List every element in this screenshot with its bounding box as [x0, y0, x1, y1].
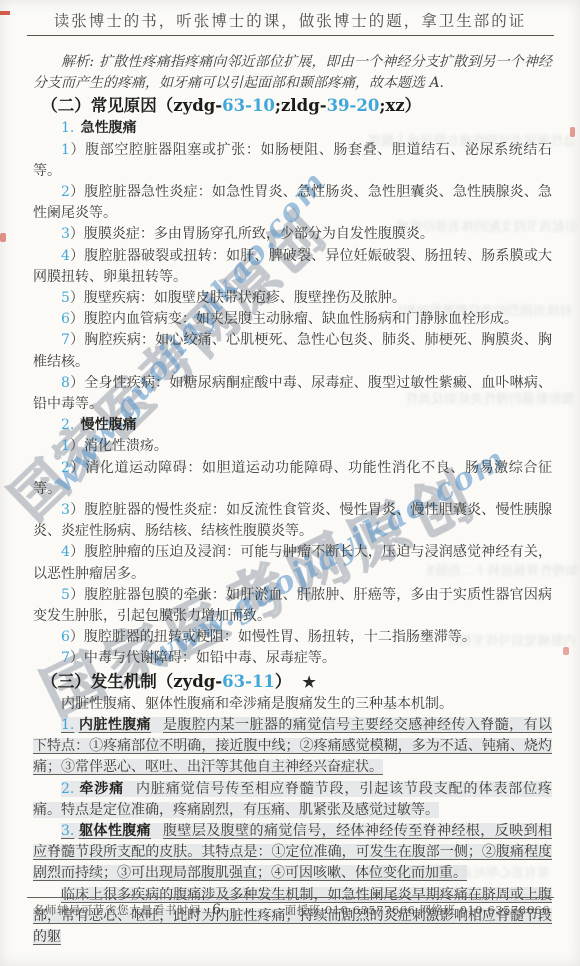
section-heading-common-causes: （二）常见原因（zydg-63-10;zldg-39-20;xz）	[33, 94, 552, 118]
mechanism-item-visceral: 1.内脏性腹痛是腹腔内某一脏器的痛觉信号主要经交感神经传入脊髓，有以下特点：①疼…	[33, 715, 552, 779]
item-number: 2.	[61, 781, 74, 797]
item-paren: ）	[70, 629, 84, 645]
item-text: 胸腔疾病：如心绞痛、心肌梗死、急性心包炎、肺炎、肺梗死、胸膜炎、胸椎结核。	[33, 332, 552, 369]
item-paren: ）	[70, 332, 84, 348]
heading-code: 39-20	[327, 96, 380, 115]
header-rule	[27, 35, 554, 36]
item-number: 3	[61, 226, 70, 242]
group-number: 1.	[61, 120, 74, 136]
list-item: 6）腹腔脏器的扭转或梗阻：如慢性胃、肠扭转，十二指肠壅滞等。	[33, 627, 552, 648]
item-text: 腹腔脏器包膜的牵张：如肝淤血、肝脓肿、肝癌等，多由于实质性器官因病变发生肿胀，引…	[33, 587, 552, 624]
list-item: 3）腹腔脏器的慢性炎症：如反流性食管炎、慢性胃炎、慢性胆囊炎、慢性胰腺炎、炎症性…	[33, 500, 552, 542]
item-lead: 牵涉痛	[79, 781, 125, 797]
item-text: 消化性溃疡。	[84, 438, 168, 454]
item-paren: ）	[70, 544, 84, 560]
list-item: 5）腹壁疾病：如腹壁皮肤带状疱疹、腹壁挫伤及脓肿。	[33, 288, 552, 309]
item-number: 5	[61, 290, 70, 306]
item-text: 腹腔脏器的扭转或梗阻：如慢性胃、肠扭转，十二指肠壅滞等。	[84, 629, 476, 645]
list-item: 6）腹腔内血管病变：如夹层腹主动脉瘤、缺血性肠病和门静脉血栓形成。	[33, 309, 552, 330]
list-item: 3）腹膜炎症：多由胃肠穿孔所致，少部分为自发性腹膜炎。	[33, 224, 552, 245]
item-number: 1.	[61, 717, 74, 733]
heading-text: ;zldg-	[275, 96, 327, 115]
list-item: 7）胸腔疾病：如心绞痛、心肌梗死、急性心包炎、肺炎、肺梗死、胸膜炎、胸椎结核。	[33, 330, 552, 372]
red-edge-mark	[563, 647, 569, 655]
item-number: 7	[61, 650, 70, 666]
heading-text: （二）常见原因（zydg-	[41, 96, 222, 115]
group-title-acute: 1.急性腹痛	[33, 118, 552, 139]
mechanism-item-referred: 2.牵涉痛内脏痛觉信号传至相应脊髓节段，引起该节段支配的体表部位疼痛。特点是定位…	[33, 779, 552, 821]
item-text: 中毒与代谢障碍：如铅中毒、尿毒症等。	[84, 650, 336, 666]
item-number: 7	[61, 332, 70, 348]
item-paren: ）	[70, 460, 85, 476]
group-title-text: 慢性腹痛	[81, 417, 137, 433]
item-number: 6	[61, 311, 70, 327]
item-text: 腹部空腔脏器阻塞或扩张：如肠梗阻、肠套叠、胆道结石、泌尿系统结石等。	[33, 142, 552, 179]
footer-rule	[27, 897, 554, 898]
item-lead: 内脏性腹痛	[79, 717, 152, 733]
item-number: 1	[61, 142, 70, 158]
page-number: 6	[212, 902, 221, 918]
list-item: 4）腹腔脏器破裂或扭转：如肝、脾破裂、异位妊娠破裂、肠扭转、肠系膜或大网膜扭转、…	[33, 246, 552, 288]
item-text: 腹腔内血管病变：如夹层腹主动脉瘤、缺血性肠病和门静脉血栓形成。	[84, 311, 518, 327]
group-title-chronic: 2.慢性腹痛	[33, 415, 552, 436]
heading-text: （三）发生机制（zydg-	[41, 672, 222, 691]
item-number: 3	[61, 502, 70, 518]
scanned-book-page: 急性阑尾炎早期疼痛在脐周或上腹部 引起该节段支配的体表部位疼痛 持续而剧烈的炎症…	[0, 0, 580, 966]
item-paren: ）	[70, 587, 84, 603]
item-number: 8	[61, 375, 70, 391]
item-number: 4	[61, 248, 70, 264]
item-paren: ）	[70, 184, 84, 200]
analysis-paragraph: 解析:扩散性疼痛指疼痛向邻近部位扩展，即由一个神经分支扩散到另一个神经分支而产生…	[33, 52, 552, 94]
item-number: 2	[61, 184, 70, 200]
list-item: 4）腹腔肿瘤的压迫及浸润：可能与肿瘤不断长大，压迫与浸润感觉神经有关，以恶性肿瘤…	[33, 542, 552, 584]
item-number: 3.	[61, 823, 74, 839]
item-text: 腹腔脏器的慢性炎症：如反流性食管炎、慢性胃炎、慢性胆囊炎、慢性胰腺炎、炎症性肠病…	[33, 502, 552, 539]
heading-code: 63-10	[222, 96, 275, 115]
analysis-label: 解析:	[61, 54, 94, 70]
heading-text: ）	[275, 672, 292, 691]
heading-text: ;xz）	[379, 96, 421, 115]
item-paren: ）	[70, 502, 84, 518]
list-item: 8）全身性疾病：如糖尿病酮症酸中毒、尿毒症、腹型过敏性紫癜、血卟啉病、铅中毒等。	[33, 373, 552, 415]
item-paren: ）	[70, 375, 84, 391]
list-item: 2）消化道运动障碍：如胆道运动功能障碍、功能性消化不良、肠易激综合征等。	[33, 458, 552, 500]
footer: 名师辅导可节省您大量看书时间 6 面授班 010-63577666 网络班 01…	[33, 902, 550, 918]
red-edge-mark	[0, 233, 6, 242]
page-body: 解析:扩散性疼痛指疼痛向邻近部位扩展，即由一个神经分支扩散到另一个神经分支而产生…	[33, 52, 552, 948]
item-text: 腹腔脏器急性炎症：如急性胃炎、急性肠炎、急性胆囊炎、急性胰腺炎、急性阑尾炎等。	[33, 184, 552, 221]
item-text: 腹膜炎症：多由胃肠穿孔所致，少部分为自发性腹膜炎。	[84, 226, 434, 242]
item-number: 6	[61, 629, 70, 645]
item-paren: ）	[70, 248, 84, 264]
list-item: 1）消化性溃疡。	[33, 436, 552, 457]
item-paren: ）	[70, 650, 84, 666]
heading-code: 63-11	[222, 672, 275, 691]
mechanism-intro: 内脏性腹痛、躯体性腹痛和牵涉痛是腹痛发生的三种基本机制。	[33, 694, 552, 715]
item-number: 5	[61, 587, 70, 603]
list-item: 5）腹腔脏器包膜的牵张：如肝淤血、肝脓肿、肝癌等，多由于实质性器官因病变发生肿胀…	[33, 585, 552, 627]
item-text: 消化道运动障碍：如胆道运动功能障碍、功能性消化不良、肠易激综合征等。	[33, 460, 552, 497]
item-paren: ）	[70, 438, 84, 454]
analysis-text: 扩散性疼痛指疼痛向邻近部位扩展，即由一个神经分支扩散到另一个神经分支而产生的疼痛…	[33, 54, 552, 91]
red-edge-mark	[570, 127, 575, 137]
item-paren: ）	[70, 311, 84, 327]
star-icon: ★	[302, 673, 315, 691]
item-text: 腹腔脏器破裂或扭转：如肝、脾破裂、异位妊娠破裂、肠扭转、肠系膜或大网膜扭转、卵巢…	[33, 248, 552, 285]
list-item: 1）腹部空腔脏器阻塞或扩张：如肠梗阻、肠套叠、胆道结石、泌尿系统结石等。	[33, 140, 552, 182]
item-paren: ）	[70, 142, 85, 158]
item-lead: 躯体性腹痛	[79, 823, 152, 839]
item-paren: ）	[70, 290, 84, 306]
list-item: 2）腹腔脏器急性炎症：如急性胃炎、急性肠炎、急性胆囊炎、急性胰腺炎、急性阑尾炎等…	[33, 182, 552, 224]
chronic-items-list: 1）消化性溃疡。 2）消化道运动障碍：如胆道运动功能障碍、功能性消化不良、肠易激…	[33, 436, 552, 669]
item-text: 腹腔肿瘤的压迫及浸润：可能与肿瘤不断长大，压迫与浸润感觉神经有关，以恶性肿瘤居多…	[33, 544, 552, 581]
item-paren: ）	[70, 226, 84, 242]
group-title-text: 急性腹痛	[81, 120, 137, 136]
acute-items-list: 1）腹部空腔脏器阻塞或扩张：如肠梗阻、肠套叠、胆道结石、泌尿系统结石等。 2）腹…	[33, 140, 552, 416]
item-number: 4	[61, 544, 70, 560]
section-heading-mechanism: （三）发生机制（zydg-63-11）★	[33, 670, 552, 694]
group-number: 2.	[61, 417, 74, 433]
item-number: 1	[61, 438, 70, 454]
footer-right-text: 面授班 010-63577666 网络班 010-63578666	[285, 902, 550, 918]
item-number: 2	[61, 460, 70, 476]
item-text: 腹壁疾病：如腹壁皮肤带状疱疹、腹壁挫伤及脓肿。	[84, 290, 406, 306]
list-item: 7）中毒与代谢障碍：如铅中毒、尿毒症等。	[33, 648, 552, 669]
item-text: 全身性疾病：如糖尿病酮症酸中毒、尿毒症、腹型过敏性紫癜、血卟啉病、铅中毒等。	[33, 375, 552, 412]
header-slogan: 读张博士的书，听张博士的课，做张博士的题，拿卫生部的证	[0, 9, 580, 31]
mechanism-item-somatic: 3.躯体性腹痛腹壁层及腹壁的痛觉信号，经体神经传至脊神经根，反映到相应脊髓节段所…	[33, 821, 552, 885]
footer-left-text: 名师辅导可节省您大量看书时间	[33, 902, 201, 918]
